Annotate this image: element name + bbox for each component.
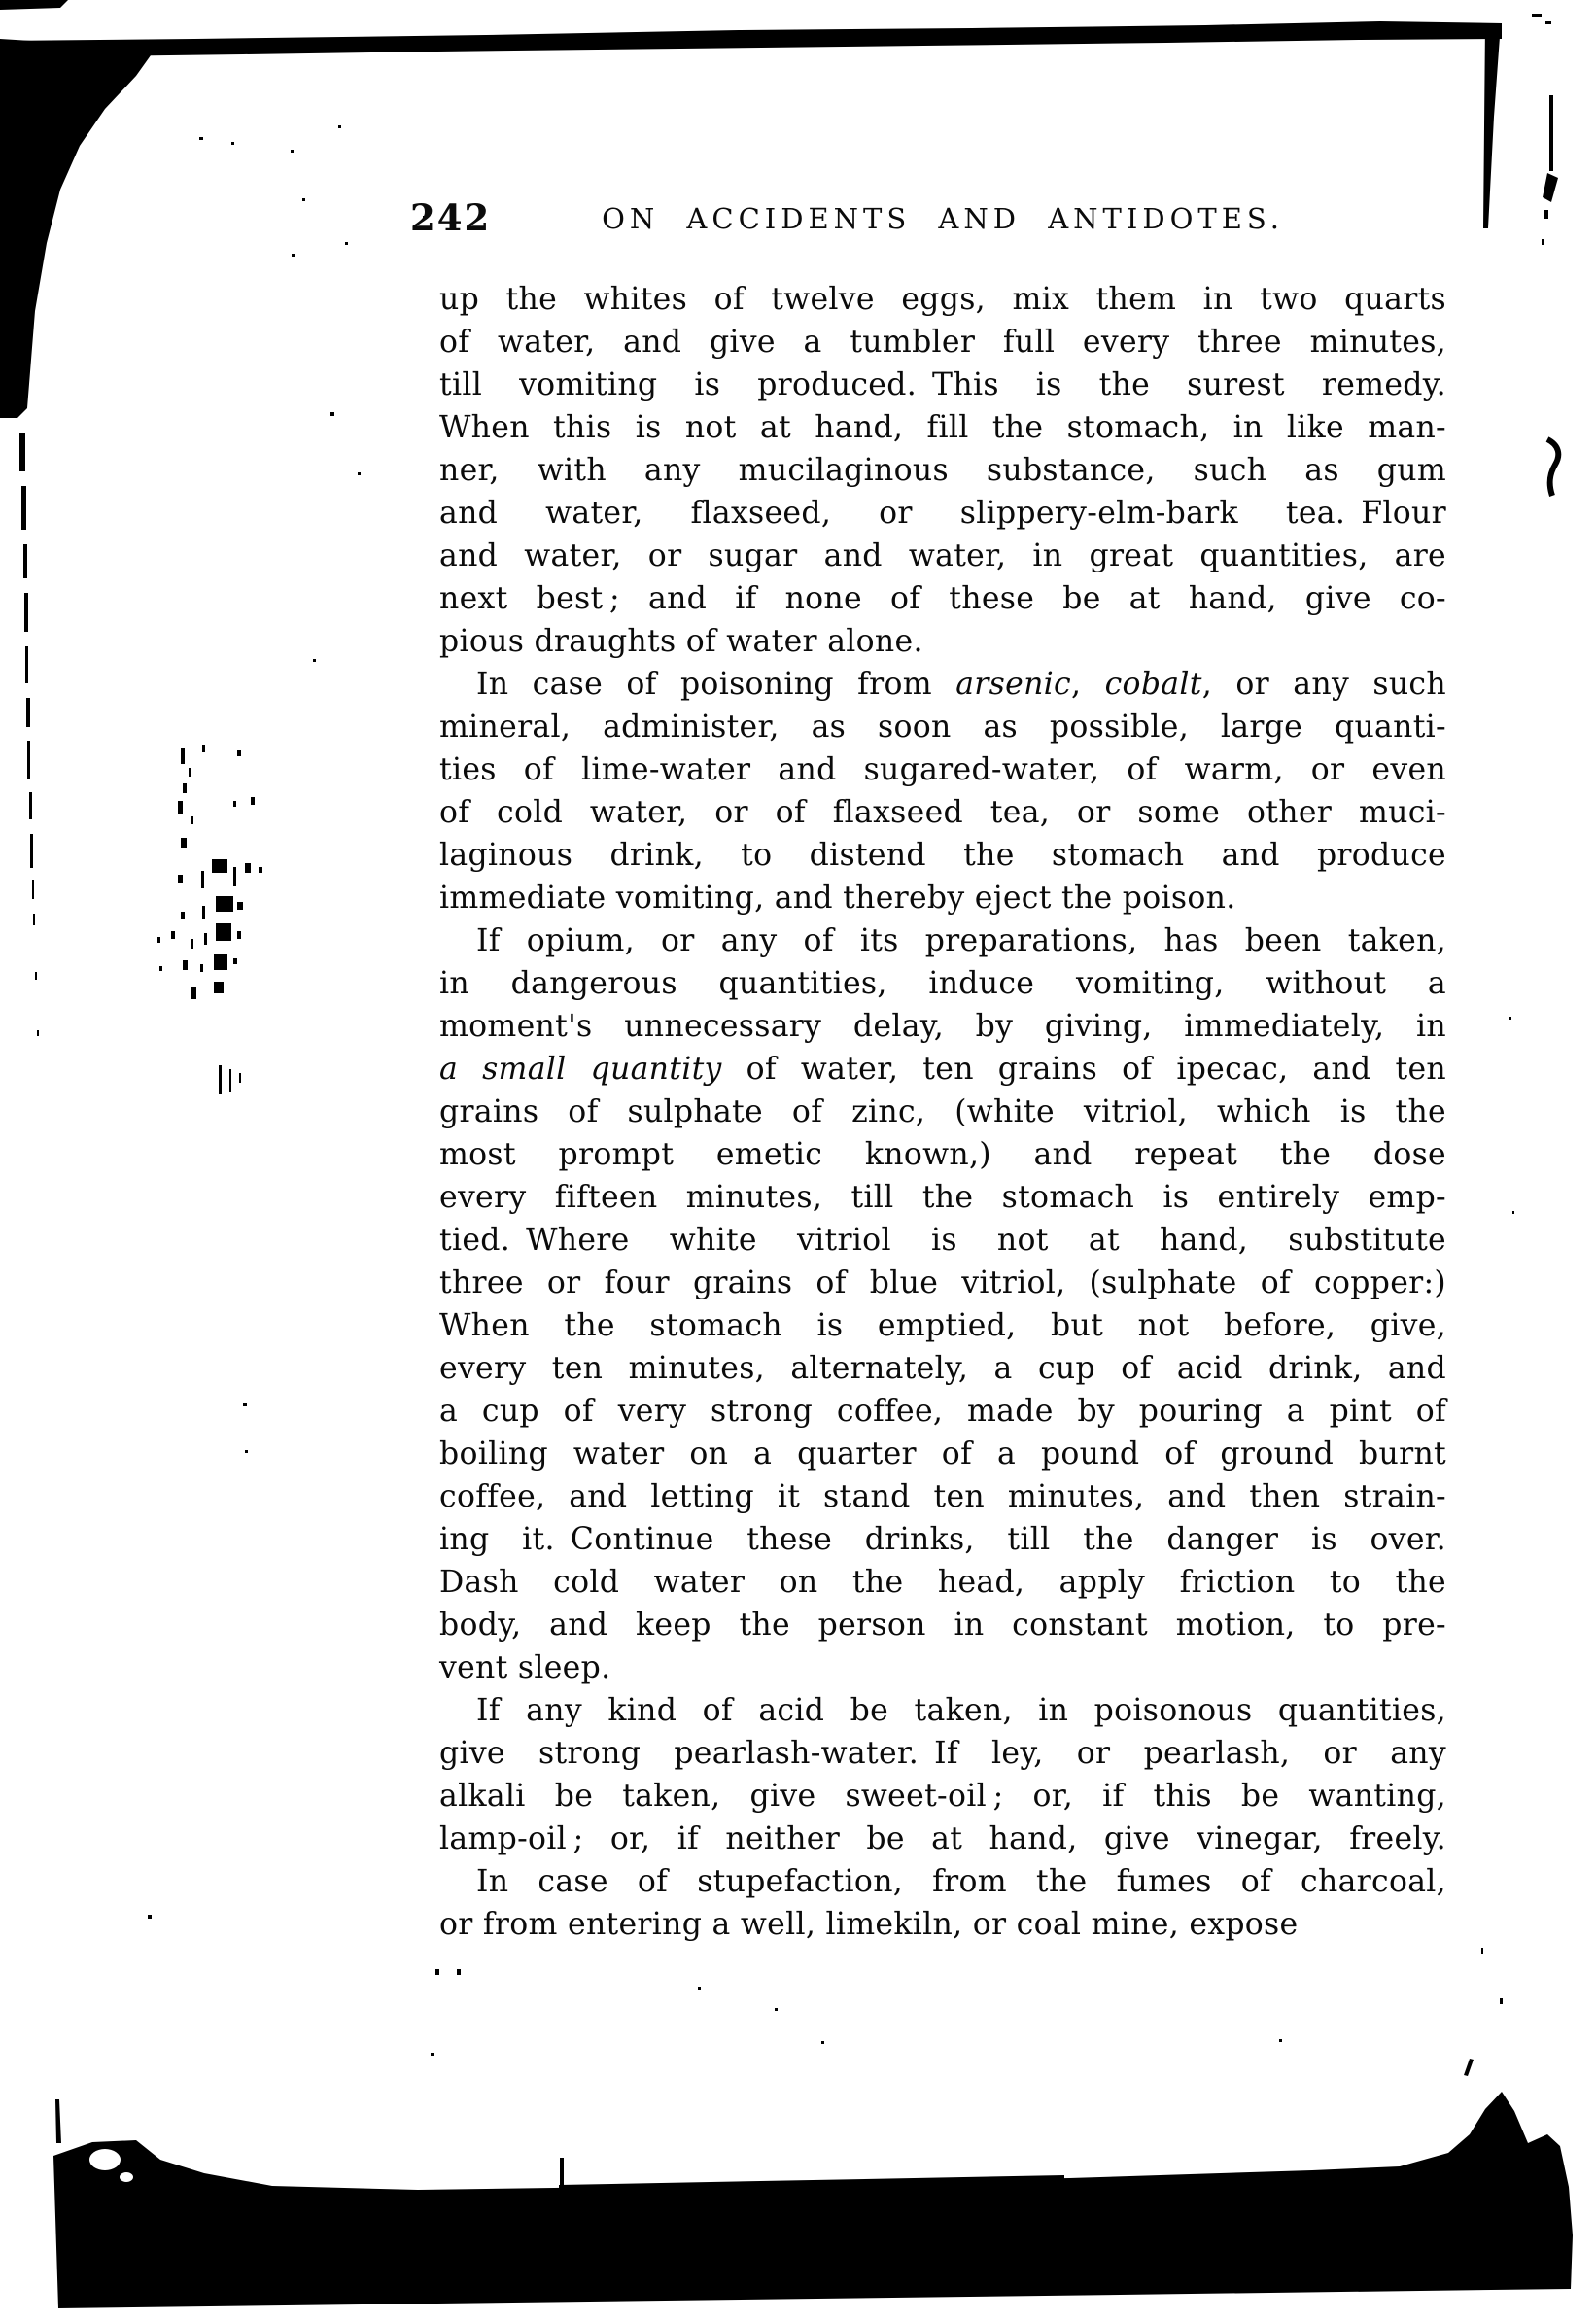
body-text: , bbox=[1071, 667, 1105, 702]
text-line: three or four grains of blue vitriol, (s… bbox=[439, 1262, 1446, 1304]
text-line: every ten minutes, alternately, a cup of… bbox=[439, 1347, 1446, 1390]
body-text: grains of sulphate of zinc, (white vitri… bbox=[439, 1094, 1446, 1129]
body-text: body, and keep the person in constant mo… bbox=[439, 1608, 1446, 1643]
text-line: ing it. Continue these drinks, till the … bbox=[439, 1518, 1446, 1561]
body-text: up the whites of twelve eggs, mix them i… bbox=[439, 282, 1446, 317]
text-line: next best ; and if none of these be at h… bbox=[439, 577, 1446, 620]
top-edge-band bbox=[0, 0, 1551, 58]
italic-text: arsenic bbox=[955, 667, 1071, 702]
text-line: up the whites of twelve eggs, mix them i… bbox=[439, 278, 1446, 321]
text-line: vent sleep. bbox=[439, 1646, 1446, 1689]
bottom-edge-band bbox=[53, 2092, 1573, 2308]
body-text: a cup of very strong coffee, made by pou… bbox=[439, 1394, 1446, 1429]
body-text: most prompt emetic known,) and repeat th… bbox=[439, 1137, 1446, 1172]
body-text: pious draughts of water alone. bbox=[439, 624, 923, 659]
right-margin-marks bbox=[1509, 95, 1558, 1214]
body-text: every fifteen minutes, till the stomach … bbox=[439, 1180, 1446, 1215]
body-text: and water, or sugar and water, in great … bbox=[439, 538, 1446, 573]
text-line: coffee, and letting it stand ten minutes… bbox=[439, 1475, 1446, 1518]
italic-text: a small quantity bbox=[439, 1052, 722, 1087]
body-text: next best ; and if none of these be at h… bbox=[439, 581, 1446, 616]
body-text: If any kind of acid be taken, in poisono… bbox=[476, 1693, 1446, 1728]
text-line: till vomiting is produced. This is the s… bbox=[439, 364, 1446, 406]
top-right-edge-sliver bbox=[1483, 23, 1501, 228]
text-column: up the whites of twelve eggs, mix them i… bbox=[439, 278, 1446, 1946]
body-text: In case of stupefaction, from the fumes … bbox=[476, 1864, 1446, 1899]
body-text: every ten minutes, alternately, a cup of… bbox=[439, 1351, 1446, 1386]
text-line: When the stomach is emptied, but not bef… bbox=[439, 1304, 1446, 1347]
body-text: three or four grains of blue vitriol, (s… bbox=[439, 1265, 1446, 1300]
text-line: In case of poisoning from arsenic, cobal… bbox=[439, 663, 1446, 706]
text-line: laginous drink, to distend the stomach a… bbox=[439, 834, 1446, 877]
body-text: immediate vomiting, and thereby eject th… bbox=[439, 881, 1236, 916]
text-line: tied. Where white vitriol is not at hand… bbox=[439, 1219, 1446, 1262]
text-line: of cold water, or of flaxseed tea, or so… bbox=[439, 791, 1446, 834]
body-text: ing it. Continue these drinks, till the … bbox=[439, 1522, 1446, 1557]
body-text: Dash cold water on the head, apply frict… bbox=[439, 1565, 1446, 1600]
body-text: of water, ten grains of ipecac, and ten bbox=[722, 1052, 1446, 1087]
text-line: If opium, or any of its preparations, ha… bbox=[439, 919, 1446, 962]
text-line: and water, flaxseed, or slippery-elm-bar… bbox=[439, 492, 1446, 535]
text-line: mineral, administer, as soon as possible… bbox=[439, 706, 1446, 748]
body-text: tied. Where white vitriol is not at hand… bbox=[439, 1223, 1446, 1258]
text-line: ner, with any mucilaginous substance, su… bbox=[439, 449, 1446, 492]
text-line: and water, or sugar and water, in great … bbox=[439, 535, 1446, 577]
body-text: lamp-oil ; or, if neither be at hand, gi… bbox=[439, 1821, 1446, 1856]
body-text: in dangerous quantities, induce vomiting… bbox=[439, 966, 1446, 1001]
body-text: moment's unnecessary delay, by giving, i… bbox=[439, 1009, 1446, 1044]
text-line: or from entering a well, limekiln, or co… bbox=[439, 1903, 1446, 1946]
top-left-corner-blob bbox=[0, 39, 156, 1036]
text-line: Dash cold water on the head, apply frict… bbox=[439, 1561, 1446, 1604]
body-text: In case of poisoning from bbox=[476, 667, 955, 702]
text-line: a cup of very strong coffee, made by pou… bbox=[439, 1390, 1446, 1433]
body-text: or from entering a well, limekiln, or co… bbox=[439, 1907, 1298, 1942]
running-header-title: ON ACCIDENTS AND ANTIDOTES. bbox=[439, 194, 1446, 235]
text-line: grains of sulphate of zinc, (white vitri… bbox=[439, 1091, 1446, 1133]
text-line: body, and keep the person in constant mo… bbox=[439, 1604, 1446, 1646]
text-line: lamp-oil ; or, if neither be at hand, gi… bbox=[439, 1818, 1446, 1860]
page-number: 242 bbox=[410, 196, 491, 239]
body-text: If opium, or any of its preparations, ha… bbox=[476, 923, 1446, 958]
body-text: of cold water, or of flaxseed tea, or so… bbox=[439, 795, 1446, 830]
body-text: and water, flaxseed, or slippery-elm-bar… bbox=[439, 496, 1446, 531]
body-text: ner, with any mucilaginous substance, su… bbox=[439, 453, 1446, 488]
body-text: of water, and give a tumbler full every … bbox=[439, 325, 1446, 360]
text-line: If any kind of acid be taken, in poisono… bbox=[439, 1689, 1446, 1732]
body-text: coffee, and letting it stand ten minutes… bbox=[439, 1479, 1446, 1514]
text-line: most prompt emetic known,) and repeat th… bbox=[439, 1133, 1446, 1176]
text-line: alkali be taken, give sweet-oil ; or, if… bbox=[439, 1775, 1446, 1818]
text-line: ties of lime-water and sugared-water, of… bbox=[439, 748, 1446, 791]
running-header-row: 242 ON ACCIDENTS AND ANTIDOTES. bbox=[439, 194, 1446, 239]
body-text: give strong pearlash-water. If ley, or p… bbox=[439, 1736, 1446, 1771]
text-line: In case of stupefaction, from the fumes … bbox=[439, 1860, 1446, 1903]
text-line: give strong pearlash-water. If ley, or p… bbox=[439, 1732, 1446, 1775]
body-text: alkali be taken, give sweet-oil ; or, if… bbox=[439, 1779, 1446, 1814]
body-text: till vomiting is produced. This is the s… bbox=[439, 367, 1446, 402]
text-line: moment's unnecessary delay, by giving, i… bbox=[439, 1005, 1446, 1048]
body-text: boiling water on a quarter of a pound of… bbox=[439, 1437, 1446, 1472]
body-text: mineral, administer, as soon as possible… bbox=[439, 710, 1446, 745]
left-margin-smudge bbox=[157, 745, 262, 1094]
body-text: When the stomach is emptied, but not bef… bbox=[439, 1308, 1446, 1343]
body-text: , or any such bbox=[1202, 667, 1446, 702]
text-line: pious draughts of water alone. bbox=[439, 620, 1446, 663]
body-text: laginous drink, to distend the stomach a… bbox=[439, 838, 1446, 873]
body-text: When this is not at hand, fill the stoma… bbox=[439, 410, 1446, 445]
text-line: When this is not at hand, fill the stoma… bbox=[439, 406, 1446, 449]
text-line: of water, and give a tumbler full every … bbox=[439, 321, 1446, 364]
text-line: in dangerous quantities, induce vomiting… bbox=[439, 962, 1446, 1005]
scanned-book-page: 242 ON ACCIDENTS AND ANTIDOTES. up the w… bbox=[0, 0, 1596, 2321]
text-line: boiling water on a quarter of a pound of… bbox=[439, 1433, 1446, 1475]
text-line: every fifteen minutes, till the stomach … bbox=[439, 1176, 1446, 1219]
text-line: immediate vomiting, and thereby eject th… bbox=[439, 877, 1446, 919]
body-text: ties of lime-water and sugared-water, of… bbox=[439, 752, 1446, 787]
text-line: a small quantity of water, ten grains of… bbox=[439, 1048, 1446, 1091]
italic-text: cobalt bbox=[1105, 667, 1202, 702]
body-text: vent sleep. bbox=[439, 1650, 610, 1685]
